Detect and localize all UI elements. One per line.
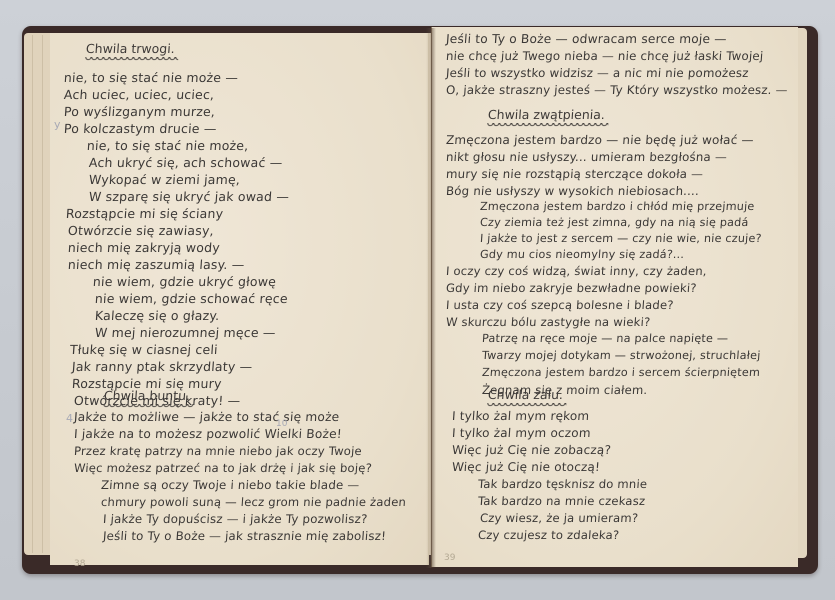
- poem-line: Jakże to możliwe — jakże to stać się moż…: [74, 410, 340, 424]
- poem-line: Więc możesz patrzeć na to jak drżę i jak…: [74, 461, 373, 475]
- poem-line: mury się nie rozstąpią sterczące dokoła …: [446, 167, 704, 181]
- poem-line: O, jakże straszny jesteś — Ty Który wszy…: [446, 83, 789, 97]
- poem-line: Czy ziemia też jest zimna, gdy na nią si…: [480, 216, 749, 229]
- pencil-mark: y: [54, 118, 61, 131]
- poem-line: nie chcę już Twego nieba — nie chcę już …: [446, 49, 764, 63]
- poem-line: Jeśli to Ty o Boże — jak strasznie mię z…: [103, 529, 387, 543]
- poem-line: niech mię zaszumią lasy. —: [67, 257, 245, 272]
- poem-line: nie, to się stać nie może,: [86, 138, 248, 153]
- book-gutter: [426, 28, 436, 568]
- poem-line: nie, to się stać nie może —: [63, 70, 238, 85]
- pencil-mark: 4: [66, 412, 73, 425]
- section-title-chwila-zalu: Chwila żalu.: [487, 387, 563, 402]
- poem-line: Czy wiesz, że ja umieram?: [480, 511, 639, 525]
- poem-line: Czy czujesz to zdaleka?: [478, 528, 620, 542]
- poem-line: W szparę się ukryć jak owad —: [88, 189, 289, 204]
- poem-line: Po kolczastym drucie —: [63, 121, 217, 136]
- poem-line: I tylko żal mym rękom: [452, 409, 590, 423]
- section-title-chwila-buntu: Chwila buntu.: [103, 388, 190, 403]
- poem-line: Zimne są oczy Twoje i niebo takie blade …: [101, 478, 360, 492]
- poem-line: Zmęczona jestem bardzo i sercem ścierpni…: [482, 366, 761, 379]
- poem-line: Zmęczona jestem bardzo — nie będę już wo…: [446, 133, 755, 147]
- section-title-chwila-zwatpienia: Chwila zwątpienia.: [487, 107, 605, 122]
- poem-line: W skurczu bólu zastygłe na wieki?: [446, 315, 651, 329]
- poem-line: Rozstąpcie mi się ściany: [65, 206, 223, 221]
- section-title-chwila-trwogi: Chwila trwogi.: [85, 41, 175, 56]
- pencil-mark: 10: [276, 419, 287, 429]
- poem-line: Jeśli to wszystko widzisz — a nic mi nie…: [446, 66, 750, 80]
- poem-line: I jakże to jest z sercem — czy nie wie, …: [480, 232, 763, 245]
- poem-line: Kaleczę się o głazy.: [94, 308, 220, 323]
- poem-line: nikt głosu nie usłyszy... umieram bezgło…: [446, 150, 728, 164]
- poem-line: I jakże na to możesz pozwolić Wielki Boż…: [74, 427, 343, 441]
- poem-line: Jak ranny ptak skrzydlaty —: [71, 359, 252, 374]
- poem-line: Przez kratę patrzy na mnie niebo jak ocz…: [74, 444, 363, 458]
- poem-line: I tylko żal mym oczom: [452, 426, 592, 440]
- poem-line: nie wiem, gdzie schować ręce: [94, 291, 288, 306]
- page-number-left: 38: [74, 559, 85, 569]
- poem-line: Tak bardzo tęsknisz do mnie: [478, 477, 648, 491]
- poem-line: Ach ukryć się, ach schować —: [88, 155, 283, 170]
- poem-line: niech mię zakryją wody: [67, 240, 220, 255]
- poem-line: I usta czy coś szepcą bolesne i blade?: [446, 298, 675, 312]
- poem-line: chmury powoli suną — lecz grom nie padni…: [101, 495, 407, 509]
- poem-line: I jakże Ty dopuścisz — i jakże Ty pozwol…: [103, 512, 368, 526]
- poem-line: Zmęczona jestem bardzo i chłód mię przej…: [480, 200, 755, 213]
- poem-line: I oczy czy coś widzą, świat inny, czy ża…: [446, 264, 708, 278]
- poem-line: Więc już Cię nie otoczą!: [452, 460, 601, 474]
- poem-line: Wykopać w ziemi jamę,: [88, 172, 240, 187]
- poem-line: Bóg nie usłyszy w wysokich niebiosach...…: [446, 184, 700, 198]
- poem-line: Gdy im niebo zakryje bezwładne powieki?: [446, 281, 698, 295]
- poem-line: Patrzę na ręce moje — na palce napięte —: [482, 332, 729, 345]
- poem-line: Twarzy mojej dotykam — strwożonej, struc…: [482, 349, 761, 362]
- poem-line: Po wyślizganym murze,: [63, 104, 215, 119]
- poem-line: Gdy mu cios nieomylny się zadá?...: [480, 248, 685, 261]
- poem-line: Ach uciec, uciec, uciec,: [63, 87, 214, 102]
- poem-line: Tak bardzo na mnie czekasz: [478, 494, 646, 508]
- poem-line: nie wiem, gdzie ukryć głowę: [92, 274, 276, 289]
- page-number-right: 39: [444, 553, 455, 563]
- poem-line: Więc już Cię nie zobaczą?: [452, 443, 612, 457]
- poem-line: Jeśli to Ty o Boże — odwracam serce moje…: [446, 32, 728, 46]
- poem-line: Tłukę się w ciasnej celi: [69, 342, 218, 357]
- poem-line: W mej nierozumnej męce —: [94, 325, 276, 340]
- poem-line: Otwórzcie się zawiasy,: [67, 223, 214, 238]
